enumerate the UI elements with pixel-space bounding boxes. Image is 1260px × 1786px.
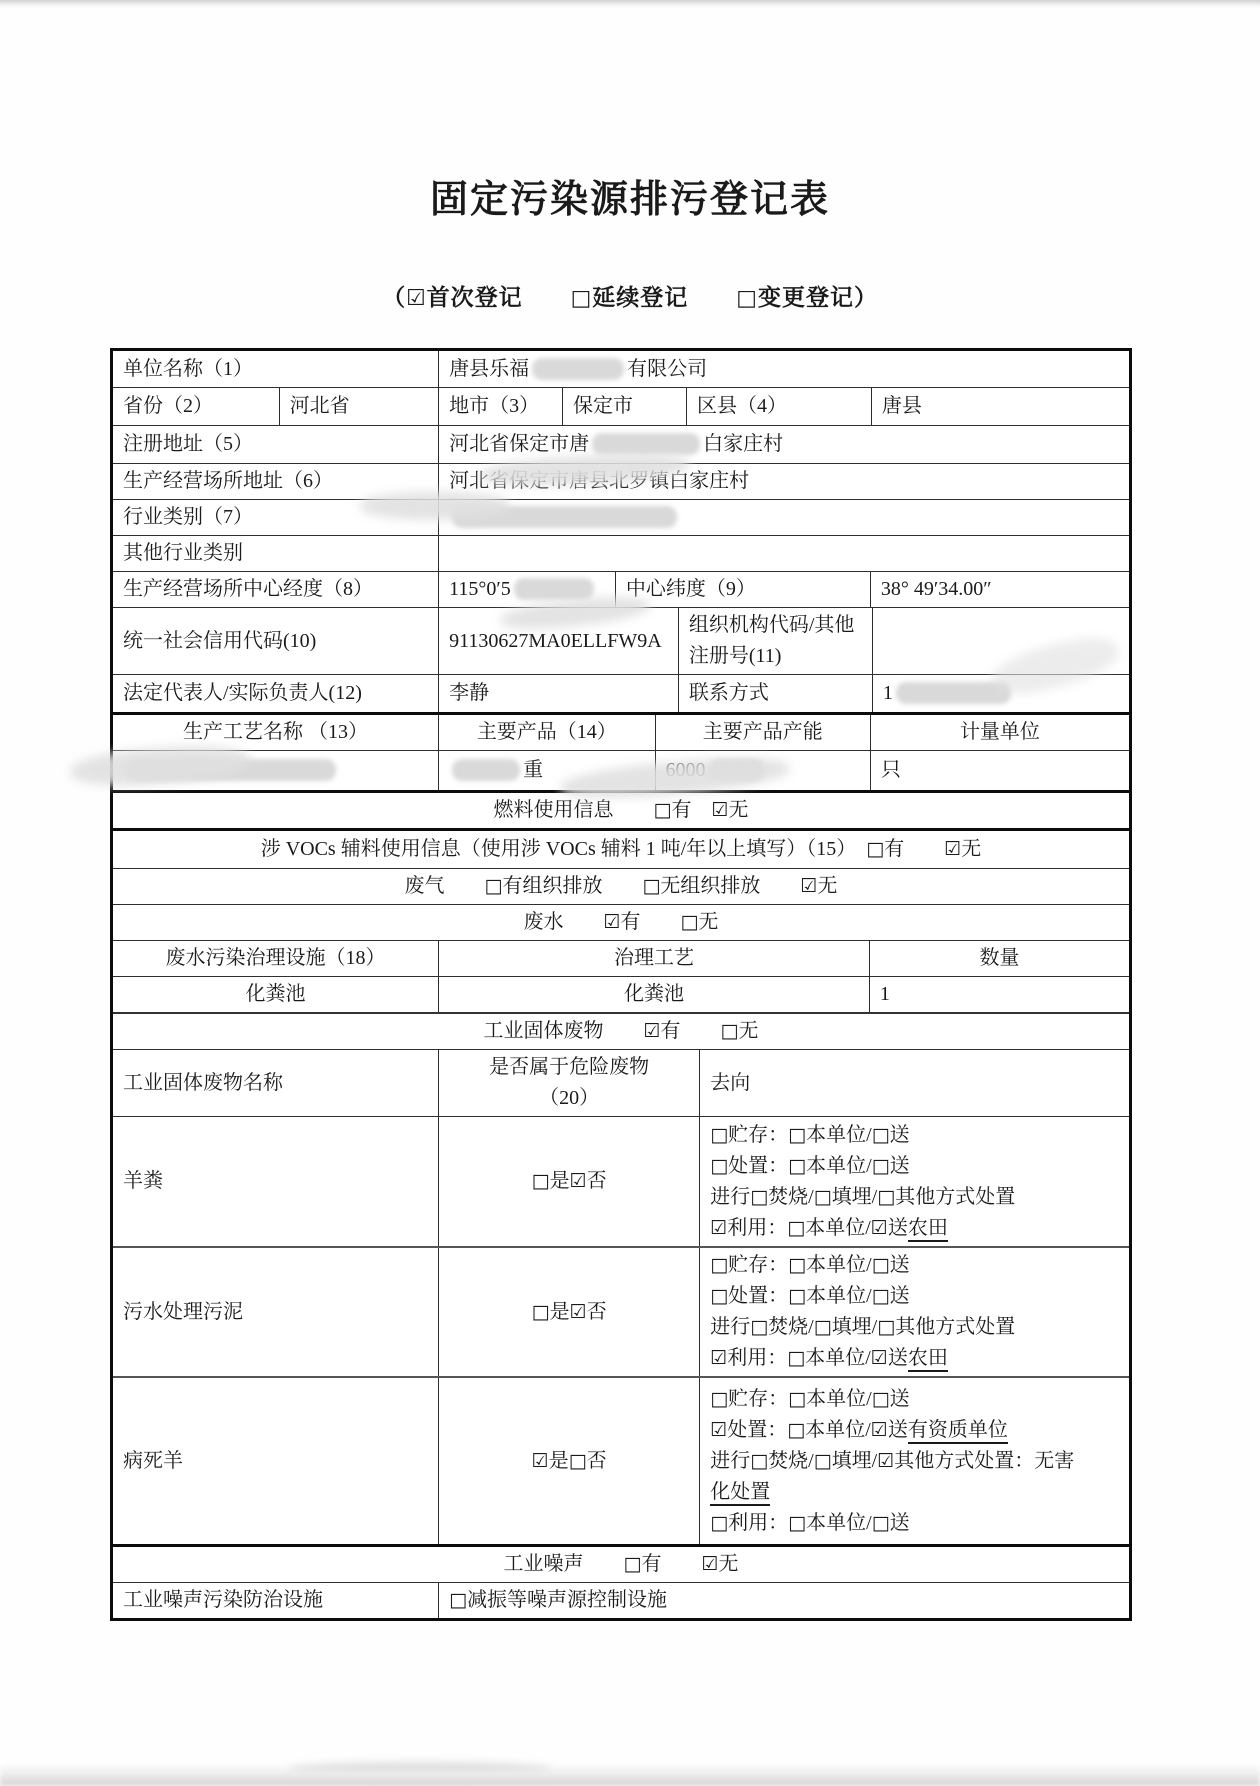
other-industry-row: 其他行业类别: [113, 535, 1129, 571]
checkbox-unchecked-icon: □: [710, 1254, 728, 1276]
cell-line: □利用：□本单位/□送: [710, 1508, 909, 1539]
checkbox-checked-icon: ☑: [532, 1450, 549, 1472]
cell-line: 进行□焚烧/□填埋/☑其他方式处置：无害: [710, 1446, 1074, 1477]
cell-line: 化处置: [710, 1477, 770, 1508]
checkbox-unchecked-icon: □: [571, 286, 593, 311]
province-row-cell-0: 省份（2）: [113, 388, 279, 425]
registered-address-row-cell-1: 河北省保定市唐白家庄村: [438, 426, 1129, 463]
other-industry-row-cell-1: [438, 536, 1129, 571]
checkbox-unchecked-icon: □: [814, 1186, 832, 1208]
checkbox-unchecked-icon: □: [681, 911, 699, 933]
industry-category-row-cell-1: [438, 500, 1129, 535]
unit-name-row-cell-1: 唐县乐福有限公司: [438, 351, 1129, 387]
unit-name-row-cell-0: 单位名称（1）: [113, 351, 438, 387]
redaction-smudge: [452, 759, 520, 781]
waste-row-sheep-manure-cell-0: 羊粪: [113, 1117, 438, 1246]
cell-line: 生产工艺名称 （13）: [183, 717, 368, 748]
noise-control-facility-row-cell-0: 工业噪声污染防治设施: [113, 1583, 438, 1618]
process-data-row-cell-3: 只: [870, 751, 1129, 790]
checkbox-checked-icon: ☑: [604, 911, 621, 933]
checkbox-unchecked-icon: □: [787, 1217, 805, 1239]
industrial-noise-row: 工业噪声 □有 ☑无: [113, 1544, 1129, 1582]
wastewater-facility-header-row-cell-2: 数量: [869, 941, 1129, 976]
checkbox-unchecked-icon: □: [788, 1124, 806, 1146]
cell-line: ☑利用：□本单位/☑送农田: [710, 1213, 948, 1244]
cell-line: □贮存：□本单位/□送: [710, 1120, 909, 1151]
checkbox-unchecked-icon: □: [642, 875, 660, 897]
solid-waste-toggle-row: 工业固体废物 ☑有 □无: [113, 1012, 1129, 1049]
cell-line: 保定市: [573, 391, 633, 422]
solid-waste-header-row-cell-1: 是否属于危险废物（20）: [438, 1050, 699, 1116]
coordinates-row-cell-0: 生产经营场所中心经度（8）: [113, 572, 438, 607]
checkbox-unchecked-icon: □: [788, 1388, 806, 1410]
province-row: 省份（2）河北省地市（3）保定市区县（4）唐县: [113, 387, 1129, 425]
redaction-smudge: [592, 433, 700, 455]
checkbox-unchecked-icon: □: [872, 1254, 890, 1276]
legal-representative-row: 法定代表人/实际负责人(12)李静联系方式1: [113, 674, 1129, 712]
checkbox-unchecked-icon: □: [872, 1285, 890, 1307]
cell-line: 污水处理污泥: [123, 1297, 243, 1328]
waste-row-sewage-sludge-cell-2: □贮存：□本单位/□送□处置：□本单位/□送进行□焚烧/□填埋/□其他方式处置☑…: [699, 1248, 1129, 1376]
checkbox-checked-icon: ☑: [877, 1450, 894, 1472]
cell-line: 其他行业类别: [123, 538, 243, 569]
checkbox-unchecked-icon: □: [710, 1512, 728, 1534]
registered-address-row-cell-0: 注册地址（5）: [113, 426, 438, 463]
industrial-noise-row-cell-0: 工业噪声 □有 ☑无: [113, 1547, 1129, 1582]
waste-row-dead-sheep-cell-0: 病死羊: [113, 1378, 438, 1544]
checkbox-unchecked-icon: □: [866, 838, 884, 860]
checkbox-unchecked-icon: □: [750, 1450, 768, 1472]
cell-line: 工业噪声 □有 ☑无: [504, 1549, 739, 1580]
cell-line: 废气 □有组织排放 □无组织排放 ☑无: [405, 871, 838, 902]
wastewater-facility-header-row: 废水污染治理设施（18）治理工艺数量: [113, 940, 1129, 976]
waste-row-sewage-sludge-cell-0: 污水处理污泥: [113, 1248, 438, 1376]
checkbox-unchecked-icon: □: [877, 1186, 895, 1208]
checkbox-unchecked-icon: □: [624, 1553, 642, 1575]
checkbox-unchecked-icon: □: [736, 286, 758, 311]
process-header-row-cell-3: 计量单位: [870, 715, 1129, 750]
scan-artifact-bottom-edge: [0, 1764, 1260, 1786]
cell-line: （20）: [539, 1083, 599, 1114]
checkbox-checked-icon: ☑: [710, 1419, 727, 1441]
waste-gas-row: 废气 □有组织排放 □无组织排放 ☑无: [113, 868, 1129, 904]
vocs-info-row: 涉 VOCs 辅料使用信息（使用涉 VOCs 辅料 1 吨/年以上填写）（15）…: [113, 828, 1129, 868]
cell-line: □贮存：□本单位/□送: [710, 1250, 909, 1281]
cell-line: 生产经营场所中心经度（8）: [123, 574, 373, 605]
checkbox-checked-icon: ☑: [570, 1301, 587, 1323]
cell-line: 38° 49′34.00″: [881, 574, 992, 605]
unit-name-row: 单位名称（1）唐县乐福有限公司: [113, 351, 1129, 387]
process-header-row-cell-1: 主要产品（14）: [438, 715, 654, 750]
checkbox-checked-icon: ☑: [871, 1419, 888, 1441]
cell-line: 联系方式: [689, 678, 769, 709]
cell-line: 注册地址（5）: [123, 429, 253, 460]
wastewater-row: 废水 ☑有 □无: [113, 904, 1129, 940]
waste-row-dead-sheep-cell-1: ☑是□否: [438, 1378, 699, 1544]
checkbox-unchecked-icon: □: [710, 1124, 728, 1146]
checkbox-checked-icon: ☑: [711, 799, 728, 821]
checkbox-unchecked-icon: □: [710, 1388, 728, 1410]
province-row-cell-4: 区县（4）: [686, 388, 871, 425]
process-header-row-cell-2: 主要产品产能: [655, 715, 870, 750]
cell-line: 废水污染治理设施（18）: [166, 943, 386, 974]
cell-line: 进行□焚烧/□填埋/□其他方式处置: [710, 1182, 1015, 1213]
cell-line: □贮存：□本单位/□送: [710, 1384, 909, 1415]
checkbox-unchecked-icon: □: [814, 1316, 832, 1338]
noise-control-facility-row: 工业噪声污染防治设施□减振等噪声源控制设施: [113, 1582, 1129, 1618]
cell-line: 工业固体废物 ☑有 □无: [484, 1016, 759, 1047]
cell-line: 废水 ☑有 □无: [524, 907, 719, 938]
cell-line: 单位名称（1）: [123, 354, 253, 385]
coordinates-row-cell-3: 38° 49′34.00″: [870, 572, 1129, 607]
cell-line: 只: [881, 755, 901, 786]
checkbox-checked-icon: ☑: [406, 286, 427, 311]
noise-control-facility-row-cell-1: □减振等噪声源控制设施: [438, 1583, 1129, 1618]
cell-line: ☑处置：□本单位/☑送有资质单位: [710, 1415, 1008, 1446]
cell-line: 地市（3）: [449, 391, 539, 422]
checkbox-unchecked-icon: □: [877, 1316, 895, 1338]
checkbox-checked-icon: ☑: [701, 1553, 718, 1575]
cell-line: 生产经营场所地址（6）: [123, 466, 333, 497]
wastewater-facility-row-cell-1: 化粪池: [438, 977, 869, 1012]
wastewater-facility-row-cell-0: 化粪池: [113, 977, 438, 1012]
waste-row-sewage-sludge: 污水处理污泥□是☑否□贮存：□本单位/□送□处置：□本单位/□送进行□焚烧/□填…: [113, 1246, 1129, 1376]
province-row-cell-3: 保定市: [562, 388, 686, 425]
form-title: 固定污染源排污登记表: [0, 168, 1260, 223]
waste-row-sheep-manure-cell-1: □是☑否: [438, 1117, 699, 1246]
cell-line: 李静: [449, 678, 489, 709]
checkbox-unchecked-icon: □: [449, 1589, 467, 1611]
checkbox-unchecked-icon: □: [750, 1316, 768, 1338]
waste-row-sewage-sludge-cell-1: □是☑否: [438, 1248, 699, 1376]
cell-line: ☑是□否: [532, 1446, 607, 1477]
cell-line: 主要产品（14）: [477, 717, 617, 748]
credit-code-row-cell-2: 组织机构代码/其他注册号(11): [678, 608, 872, 674]
cell-line: 河北省: [290, 391, 350, 422]
cell-line: 唐县乐福有限公司: [449, 354, 707, 385]
cell-line: 羊粪: [123, 1166, 163, 1197]
solid-waste-toggle-row-cell-0: 工业固体废物 ☑有 □无: [113, 1014, 1129, 1049]
checkbox-unchecked-icon: □: [788, 1512, 806, 1534]
redaction-smudge: [514, 578, 594, 600]
registration-type-options: （☑首次登记 □延续登记 □变更登记）: [0, 279, 1260, 312]
wastewater-facility-row-cell-2: 1: [869, 977, 1129, 1012]
checkbox-unchecked-icon: □: [872, 1512, 890, 1534]
solid-waste-header-row-cell-2: 去向: [699, 1050, 1129, 1116]
province-row-cell-2: 地市（3）: [438, 388, 562, 425]
checkbox-checked-icon: ☑: [800, 875, 817, 897]
cell-line: 化粪池: [246, 979, 306, 1010]
checkbox-unchecked-icon: □: [788, 1285, 806, 1307]
cell-line: 区县（4）: [697, 391, 787, 422]
wastewater-row-cell-0: 废水 ☑有 □无: [113, 905, 1129, 940]
scanned-document-page: 固定污染源排污登记表 （☑首次登记 □延续登记 □变更登记） 单位名称（1）唐县…: [0, 0, 1260, 1786]
other-industry-row-cell-0: 其他行业类别: [113, 536, 438, 571]
legal-representative-row-cell-2: 联系方式: [678, 675, 872, 712]
checkbox-unchecked-icon: □: [787, 1347, 805, 1369]
checkbox-unchecked-icon: □: [872, 1124, 890, 1146]
cell-line: □是☑否: [532, 1297, 607, 1328]
waste-gas-row-cell-0: 废气 □有组织排放 □无组织排放 ☑无: [113, 869, 1129, 904]
cell-line: □减振等噪声源控制设施: [449, 1585, 667, 1616]
registration-form-table: 单位名称（1）唐县乐福有限公司省份（2）河北省地市（3）保定市区县（4）唐县注册…: [110, 348, 1132, 1621]
cell-line: 治理工艺: [614, 943, 694, 974]
waste-row-dead-sheep-cell-2: □贮存：□本单位/□送☑处置：□本单位/☑送有资质单位进行□焚烧/□填埋/☑其他…: [699, 1378, 1129, 1544]
checkbox-checked-icon: ☑: [710, 1347, 727, 1369]
checkbox-unchecked-icon: □: [532, 1301, 550, 1323]
cell-line: □处置：□本单位/□送: [710, 1151, 909, 1182]
legal-representative-row-cell-0: 法定代表人/实际负责人(12): [113, 675, 438, 712]
cell-line: □是☑否: [532, 1166, 607, 1197]
industry-category-row: 行业类别（7）: [113, 499, 1129, 535]
province-row-cell-5: 唐县: [871, 388, 1129, 425]
cell-line: 燃料使用信息 □有 ☑无: [494, 795, 749, 826]
cell-line: ☑利用：□本单位/☑送农田: [710, 1343, 948, 1374]
cell-line: 化粪池: [624, 979, 684, 1010]
checkbox-unchecked-icon: □: [787, 1419, 805, 1441]
process-header-row: 生产工艺名称 （13）主要产品（14）主要产品产能计量单位: [113, 712, 1129, 750]
waste-row-dead-sheep: 病死羊☑是□否□贮存：□本单位/□送☑处置：□本单位/☑送有资质单位进行□焚烧/…: [113, 1376, 1129, 1544]
checkbox-unchecked-icon: □: [654, 799, 672, 821]
checkbox-unchecked-icon: □: [721, 1020, 739, 1042]
province-row-cell-1: 河北省: [279, 388, 439, 425]
cell-line: 主要产品产能: [703, 717, 823, 748]
checkbox-unchecked-icon: □: [569, 1450, 587, 1472]
redaction-smudge: [360, 492, 510, 520]
checkbox-checked-icon: ☑: [644, 1020, 661, 1042]
cell-line: 病死羊: [123, 1446, 183, 1477]
checkbox-checked-icon: ☑: [871, 1347, 888, 1369]
scan-artifact-top-edge: [0, 0, 1260, 8]
checkbox-checked-icon: ☑: [871, 1217, 888, 1239]
checkbox-unchecked-icon: □: [710, 1285, 728, 1307]
cell-line: 工业固体废物名称: [123, 1068, 283, 1099]
cell-line: 进行□焚烧/□填埋/□其他方式处置: [710, 1312, 1015, 1343]
credit-code-row-cell-0: 统一社会信用代码(10): [113, 608, 438, 674]
checkbox-checked-icon: ☑: [570, 1170, 587, 1192]
cell-line: 去向: [710, 1068, 750, 1099]
coordinates-row-cell-2: 中心纬度（9）: [615, 572, 870, 607]
checkbox-checked-icon: ☑: [944, 838, 961, 860]
cell-line: 91130627MA0ELLFW9A: [449, 626, 662, 657]
cell-line: 是否属于危险废物: [489, 1052, 649, 1083]
checkbox-unchecked-icon: □: [872, 1155, 890, 1177]
wastewater-facility-header-row-cell-0: 废水污染治理设施（18）: [113, 941, 438, 976]
solid-waste-header-row: 工业固体废物名称是否属于危险废物（20）去向: [113, 1049, 1129, 1116]
checkbox-unchecked-icon: □: [872, 1388, 890, 1410]
checkbox-unchecked-icon: □: [710, 1155, 728, 1177]
redaction-smudge: [532, 358, 624, 380]
cell-line: 唐县: [882, 391, 922, 422]
checkbox-unchecked-icon: □: [485, 875, 503, 897]
cell-line: 行业类别（7）: [123, 502, 253, 533]
cell-line: 涉 VOCs 辅料使用信息（使用涉 VOCs 辅料 1 吨/年以上填写）（15）…: [261, 834, 982, 865]
checkbox-unchecked-icon: □: [532, 1170, 550, 1192]
checkbox-unchecked-icon: □: [750, 1186, 768, 1208]
legal-representative-row-cell-1: 李静: [438, 675, 678, 712]
cell-line: 1: [880, 979, 890, 1010]
waste-row-sheep-manure: 羊粪□是☑否□贮存：□本单位/□送□处置：□本单位/□送进行□焚烧/□填埋/□其…: [113, 1116, 1129, 1246]
cell-line: 计量单位: [960, 717, 1040, 748]
vocs-info-row-cell-0: 涉 VOCs 辅料使用信息（使用涉 VOCs 辅料 1 吨/年以上填写）（15）…: [113, 831, 1129, 868]
checkbox-unchecked-icon: □: [788, 1254, 806, 1276]
wastewater-facility-row: 化粪池化粪池1: [113, 976, 1129, 1012]
fuel-info-row-cell-0: 燃料使用信息 □有 ☑无: [113, 793, 1129, 828]
waste-row-sheep-manure-cell-2: □贮存：□本单位/□送□处置：□本单位/□送进行□焚烧/□填埋/□其他方式处置☑…: [699, 1117, 1129, 1246]
checkbox-unchecked-icon: □: [788, 1155, 806, 1177]
cell-line: 统一社会信用代码(10): [123, 626, 316, 657]
cell-line: 工业噪声污染防治设施: [123, 1585, 323, 1616]
cell-line: □处置：□本单位/□送: [710, 1281, 909, 1312]
process-header-row-cell-0: 生产工艺名称 （13）: [113, 715, 438, 750]
solid-waste-header-row-cell-0: 工业固体废物名称: [113, 1050, 438, 1116]
cell-line: 法定代表人/实际负责人(12): [123, 678, 362, 709]
wastewater-facility-header-row-cell-1: 治理工艺: [438, 941, 869, 976]
checkbox-unchecked-icon: □: [814, 1450, 832, 1472]
cell-line: 组织机构代码/其他注册号(11): [689, 610, 862, 672]
cell-line: 重: [449, 755, 543, 786]
checkbox-checked-icon: ☑: [710, 1217, 727, 1239]
cell-line: 省份（2）: [123, 391, 213, 422]
cell-line: 数量: [979, 943, 1019, 974]
